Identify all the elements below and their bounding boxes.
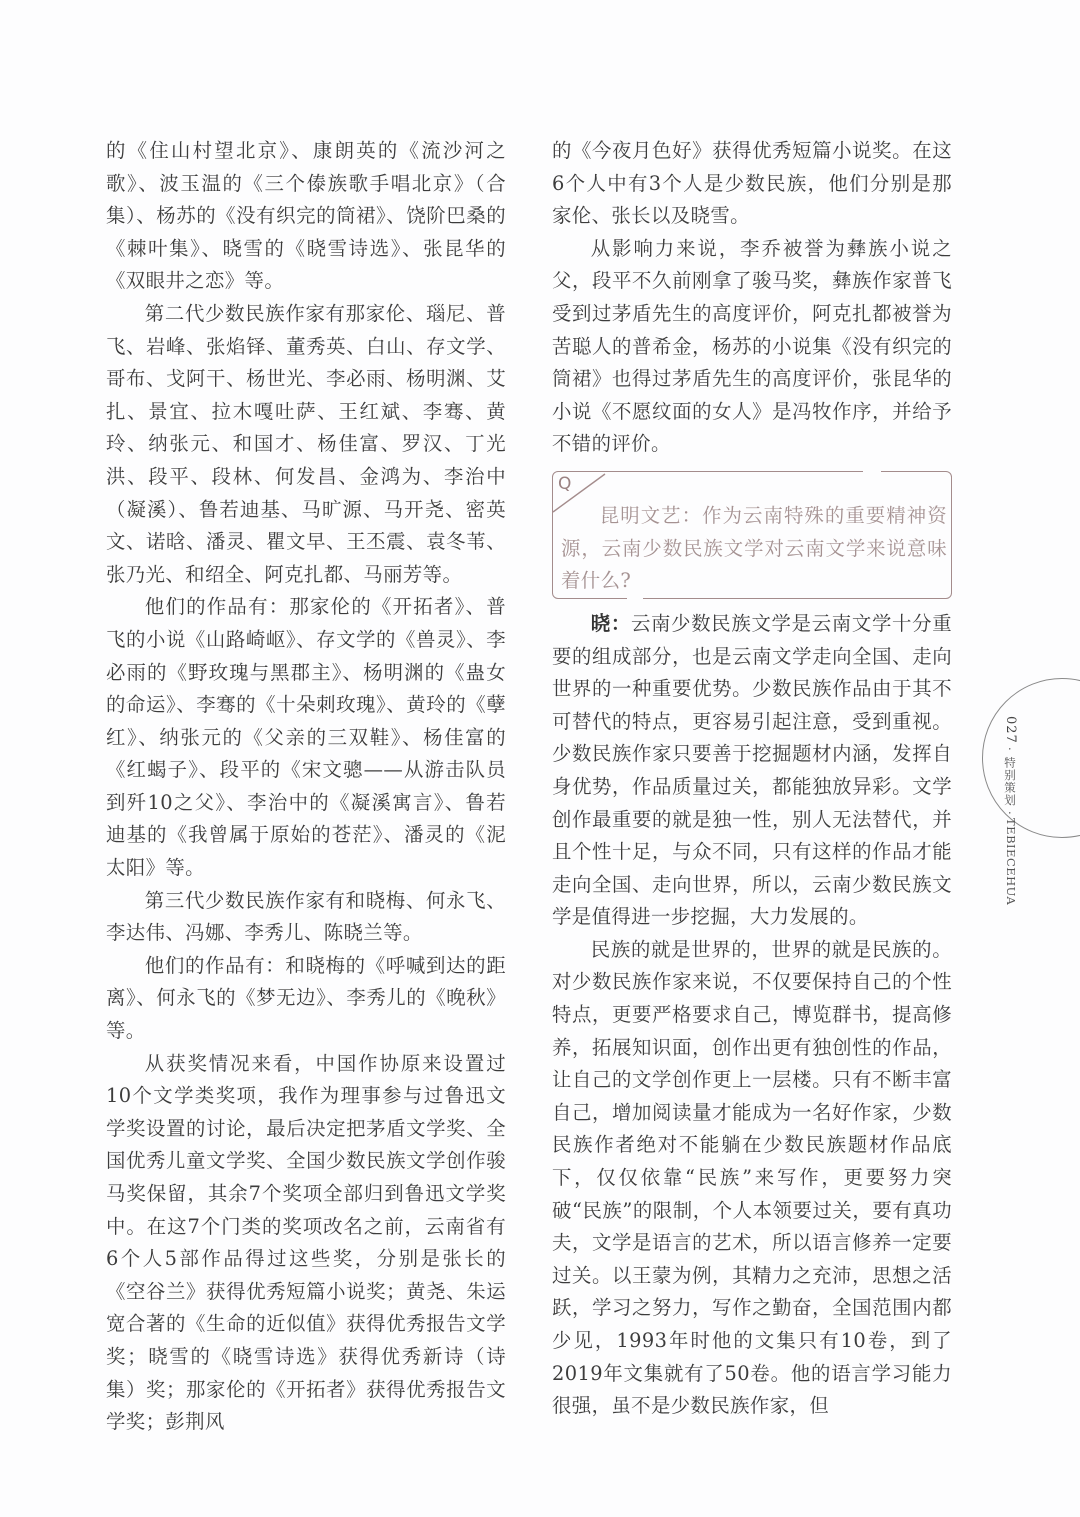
section-tab-circle: [982, 678, 1080, 838]
paragraph: 民族的就是世界的，世界的就是民族的。对少数民族作家来说，不仅要保持自己的个性特点…: [552, 934, 952, 1423]
question-text: 昆明文艺：作为云南特殊的重要精神资源，云南少数民族文学对云南文学来说意味着什么?: [561, 500, 947, 598]
paragraph: 第二代少数民族作家有那家伦、瑙尼、普飞、岩峰、张焰铎、董秀英、白山、存文学、哥布…: [106, 298, 506, 591]
border-gap: [863, 469, 881, 474]
answer-paragraph: 晓：云南少数民族文学是云南文学十分重要的组成部分，也是云南文学走向全国、走向世界…: [552, 608, 952, 934]
paragraph: 他们的作品有：那家伦的《开拓者》、普飞的小说《山路崎岖》、存文学的《兽灵》、李必…: [106, 591, 506, 884]
section-tab: TEBIECEHUA · 特别策划 · 027: [1002, 716, 1018, 906]
question-marker: Q: [558, 475, 572, 493]
paragraph: 从影响力来说，李乔被誉为彝族小说之父，段平不久前刚拿了骏马奖，彝族作家普飞受到过…: [552, 233, 952, 461]
paragraph: 从获奖情况来看，中国作协原来设置过10个文学类奖项，我作为理事参与过鲁迅文学奖设…: [106, 1048, 506, 1439]
paragraph: 的《住山村望北京》、康朗英的《流沙河之歌》、波玉温的《三个傣族歌手唱北京》（合集…: [106, 135, 506, 298]
section-name-en: TEBIECEHUA: [1002, 818, 1018, 905]
page-number: 027: [1002, 716, 1018, 744]
answer-text: 云南少数民族文学是云南文学十分重要的组成部分，也是云南文学走向全国、走向世界的一…: [552, 612, 952, 928]
question-box: Q 昆明文艺：作为云南特殊的重要精神资源，云南少数民族文学对云南文学来说意味着什…: [552, 471, 952, 599]
answer-speaker: 晓：: [591, 612, 631, 635]
paragraph: 他们的作品有：和晓梅的《呼喊到达的距离》、何永飞的《梦无边》、李秀儿的《晚秋》等…: [106, 950, 506, 1048]
paragraph: 的《今夜月色好》获得优秀短篇小说奖。在这6个人中有3个人是少数民族，他们分别是那…: [552, 135, 952, 233]
left-column: 的《住山村望北京》、康朗英的《流沙河之歌》、波玉温的《三个傣族歌手唱北京》（合集…: [106, 135, 506, 1439]
border-gap: [627, 596, 643, 601]
section-name-cn: · 特别策划 ·: [1002, 747, 1018, 816]
right-column: 的《今夜月色好》获得优秀短篇小说奖。在这6个人中有3个人是少数民族，他们分别是那…: [552, 135, 952, 1423]
paragraph: 第三代少数民族作家有和晓梅、何永飞、李达伟、冯娜、李秀儿、陈晓兰等。: [106, 885, 506, 950]
